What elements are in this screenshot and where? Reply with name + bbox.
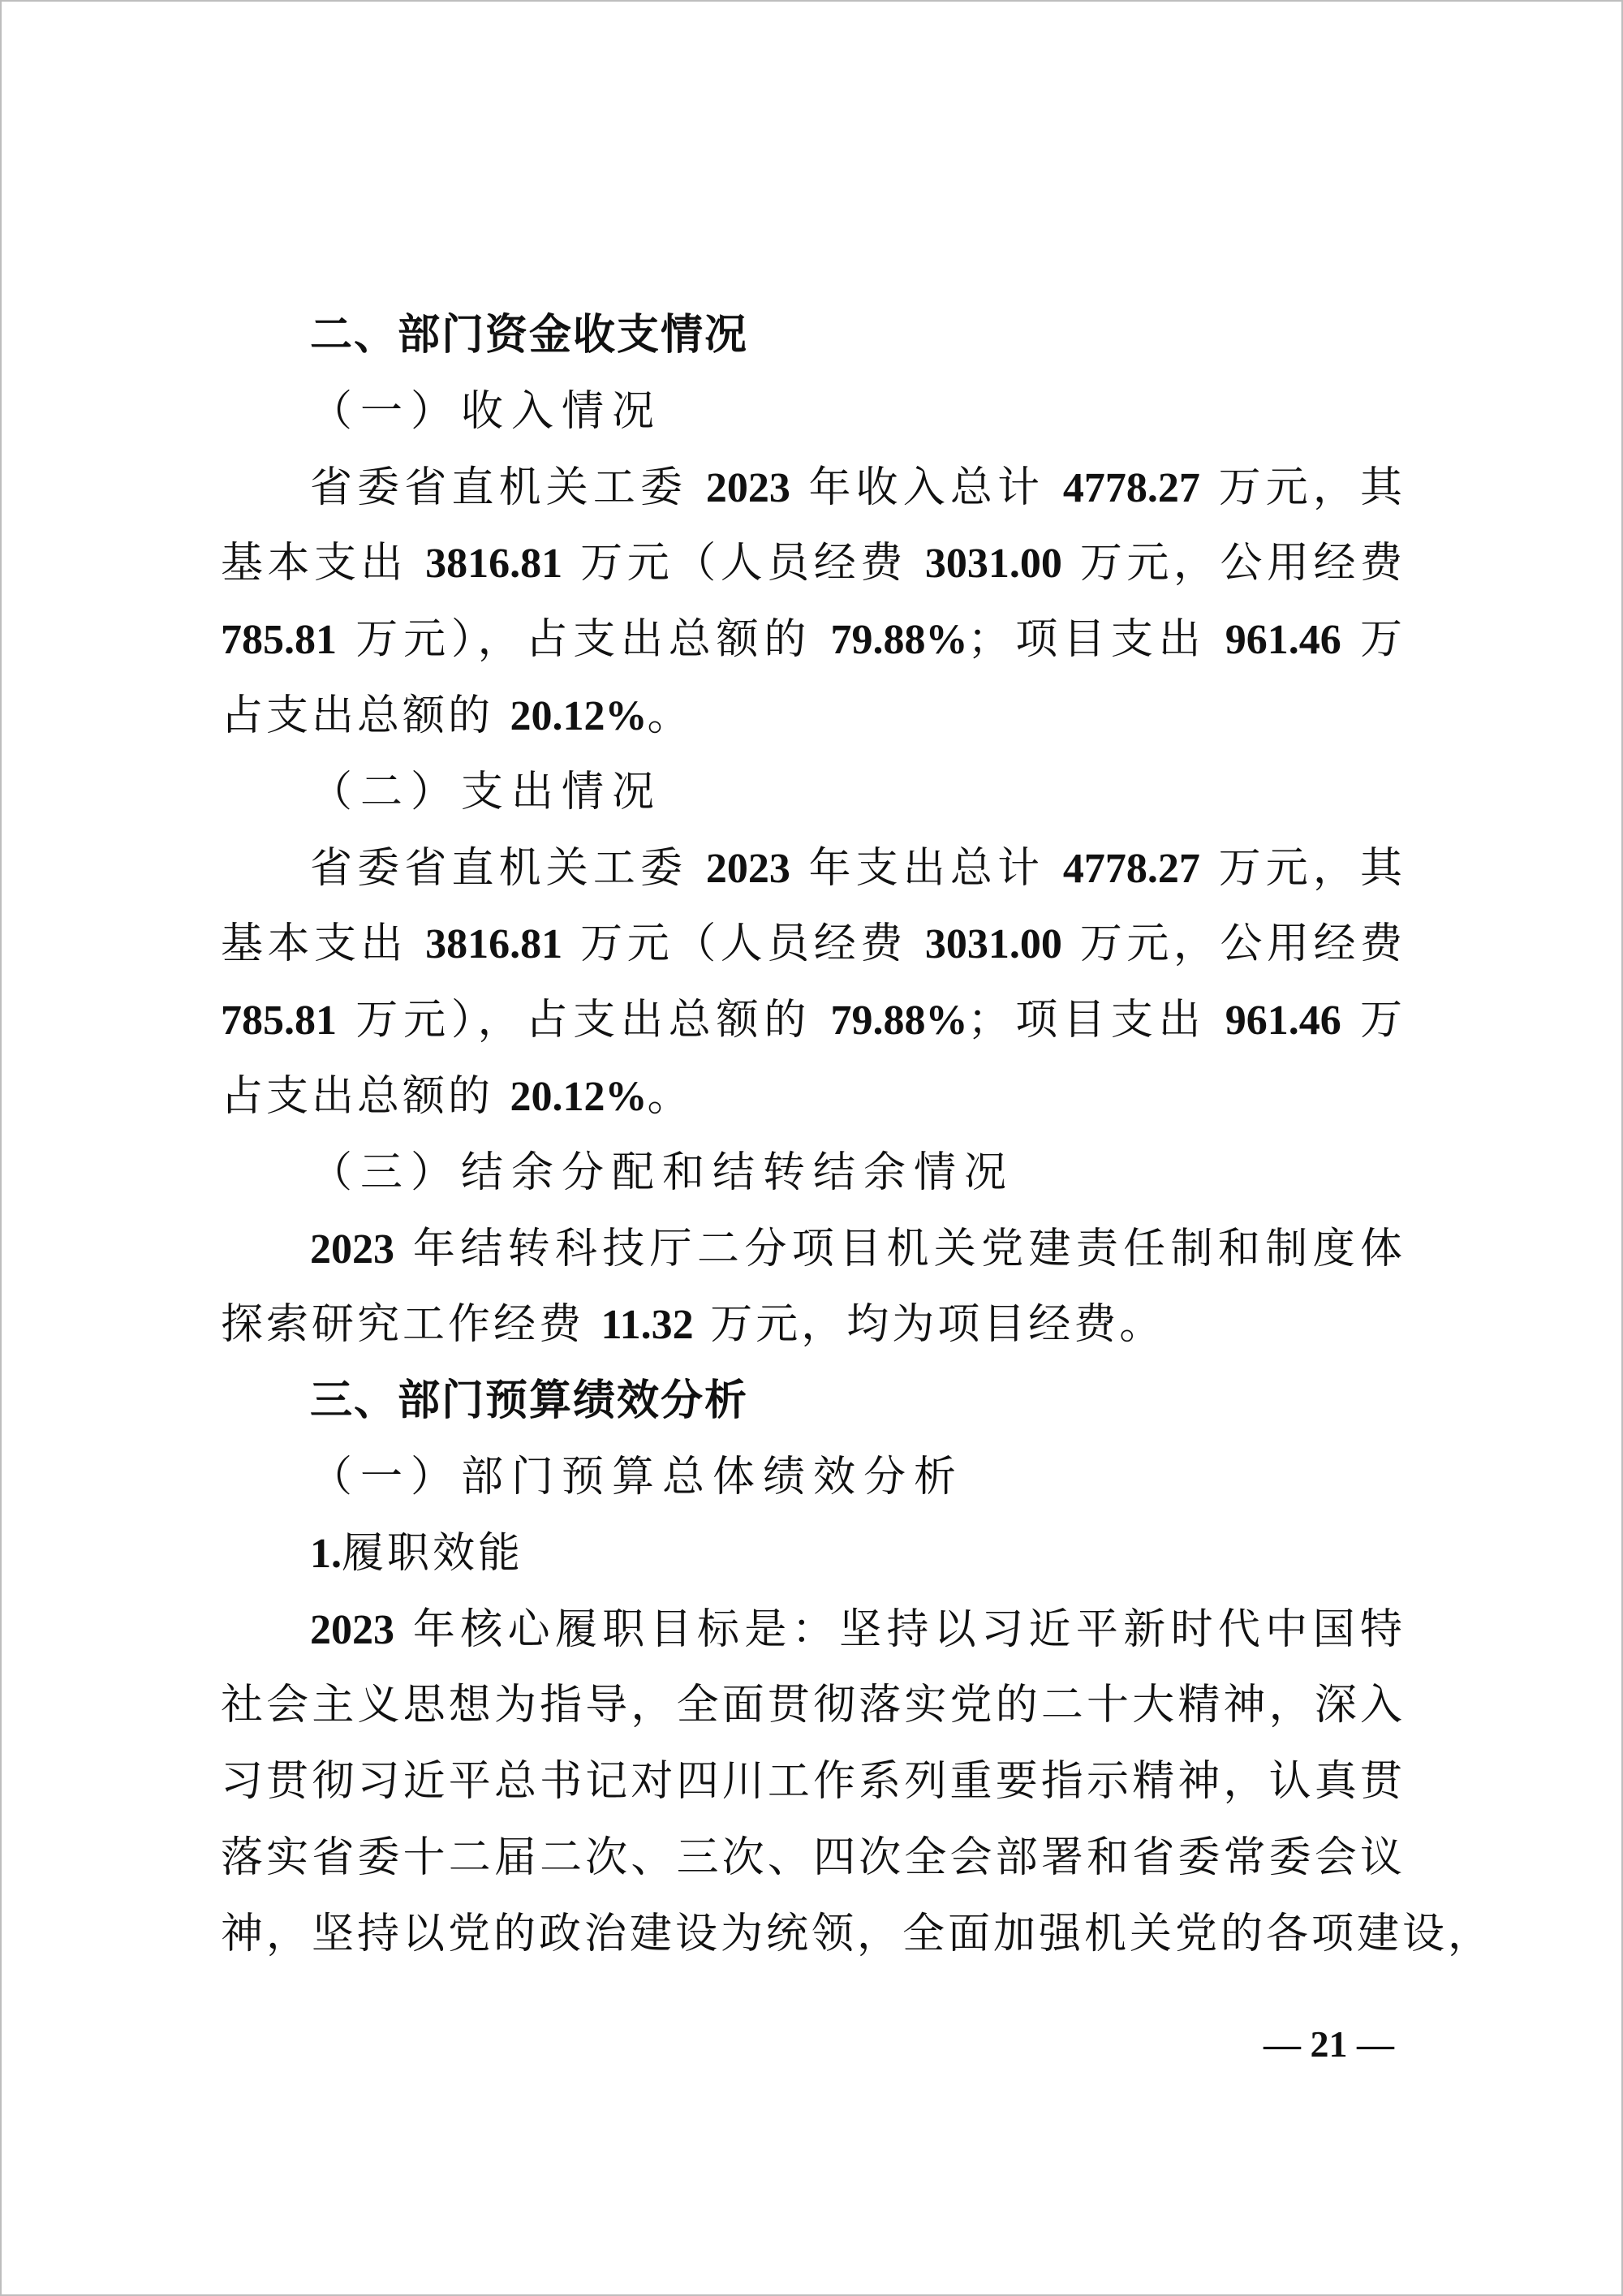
bold-number: 3816.81 xyxy=(425,541,562,587)
item-title-text: 履职效能 xyxy=(342,1529,523,1578)
text-line: 基本支出 3816.81 万元（人员经费 3031.00 万元，公用经费 xyxy=(221,907,1406,983)
page-number: — 21 — xyxy=(1264,2022,1394,2066)
bold-number: 4778.27 xyxy=(1063,846,1200,892)
text-line: 神，坚持以党的政治建设为统领，全面加强机关党的各项建设， xyxy=(221,1897,1406,1973)
text-line: 探索研究工作经费 11.32 万元，均为项目经费。 xyxy=(221,1287,1406,1363)
bold-number: 20.12% xyxy=(510,1074,648,1120)
bold-number: 961.46 xyxy=(1225,997,1341,1044)
bold-number: 20.12% xyxy=(510,693,648,739)
paragraph: 省委省直机关工委 2023 年支出总计 4778.27 万元，其中：基本支出 3… xyxy=(221,831,1406,1135)
text-line: 2023 年结转科技厅二分项目机关党建责任制和制度体系 xyxy=(221,1212,1406,1288)
text-line: 落实省委十二届二次、三次、四次全会部署和省委常委会议精 xyxy=(221,1820,1406,1897)
bold-number: 785.81 xyxy=(221,997,337,1044)
bold-number: 79.88% xyxy=(830,997,967,1044)
bold-number: 2023 xyxy=(706,846,790,892)
subsection-title: （一）部门预算总体绩效分析 xyxy=(221,1440,1406,1516)
bold-number: 3031.00 xyxy=(925,541,1062,587)
bold-number: 11.32 xyxy=(601,1302,694,1348)
document-page: 二、部门资金收支情况 （一）收入情况 省委省直机关工委 2023 年收入总计 4… xyxy=(0,0,1623,2296)
item-title: 1.履职效能 xyxy=(221,1516,1406,1592)
text-line: 省委省直机关工委 2023 年收入总计 4778.27 万元，其中： xyxy=(221,450,1406,527)
bold-number: 2023 xyxy=(310,1226,394,1273)
section-heading: 三、部门预算绩效分析 xyxy=(221,1363,1406,1440)
bold-number: 2023 xyxy=(310,1607,394,1653)
text-line: 基本支出 3816.81 万元（人员经费 3031.00 万元，公用经费 xyxy=(221,526,1406,602)
text-line: 习贯彻习近平总书记对四川工作系列重要指示精神，认真贯彻 xyxy=(221,1744,1406,1820)
document-body: 二、部门资金收支情况 （一）收入情况 省委省直机关工委 2023 年收入总计 4… xyxy=(221,298,1406,1973)
text-line: 社会主义思想为指导，全面贯彻落实党的二十大精神，深入学 xyxy=(221,1668,1406,1744)
subsection-title: （一）收入情况 xyxy=(221,374,1406,450)
item-number: 1. xyxy=(310,1531,342,1577)
text-line: 省委省直机关工委 2023 年支出总计 4778.27 万元，其中： xyxy=(221,831,1406,907)
bold-number: 3031.00 xyxy=(925,921,1062,967)
subsection-title: （二）支出情况 xyxy=(221,755,1406,831)
text-line: 占支出总额的 20.12%。 xyxy=(221,678,1406,755)
text-line: 785.81 万元），占支出总额的 79.88%；项目支出 961.46 万元， xyxy=(221,602,1406,678)
bold-number: 4778.27 xyxy=(1063,465,1200,511)
bold-number: 961.46 xyxy=(1225,617,1341,663)
section-heading: 二、部门资金收支情况 xyxy=(221,298,1406,374)
text-line: 785.81 万元），占支出总额的 79.88%；项目支出 961.46 万元， xyxy=(221,983,1406,1059)
bold-number: 3816.81 xyxy=(425,921,562,967)
paragraph: 2023 年结转科技厅二分项目机关党建责任制和制度体系探索研究工作经费 11.3… xyxy=(221,1212,1406,1364)
text-line: 2023 年核心履职目标是：坚持以习近平新时代中国特色 xyxy=(221,1592,1406,1669)
bold-number: 2023 xyxy=(706,465,790,511)
text-line: 占支出总额的 20.12%。 xyxy=(221,1059,1406,1135)
bold-number: 79.88% xyxy=(830,617,967,663)
paragraph: 2023 年核心履职目标是：坚持以习近平新时代中国特色社会主义思想为指导，全面贯… xyxy=(221,1592,1406,1973)
paragraph: 省委省直机关工委 2023 年收入总计 4778.27 万元，其中：基本支出 3… xyxy=(221,450,1406,755)
bold-number: 785.81 xyxy=(221,617,337,663)
subsection-title: （三）结余分配和结转结余情况 xyxy=(221,1135,1406,1212)
